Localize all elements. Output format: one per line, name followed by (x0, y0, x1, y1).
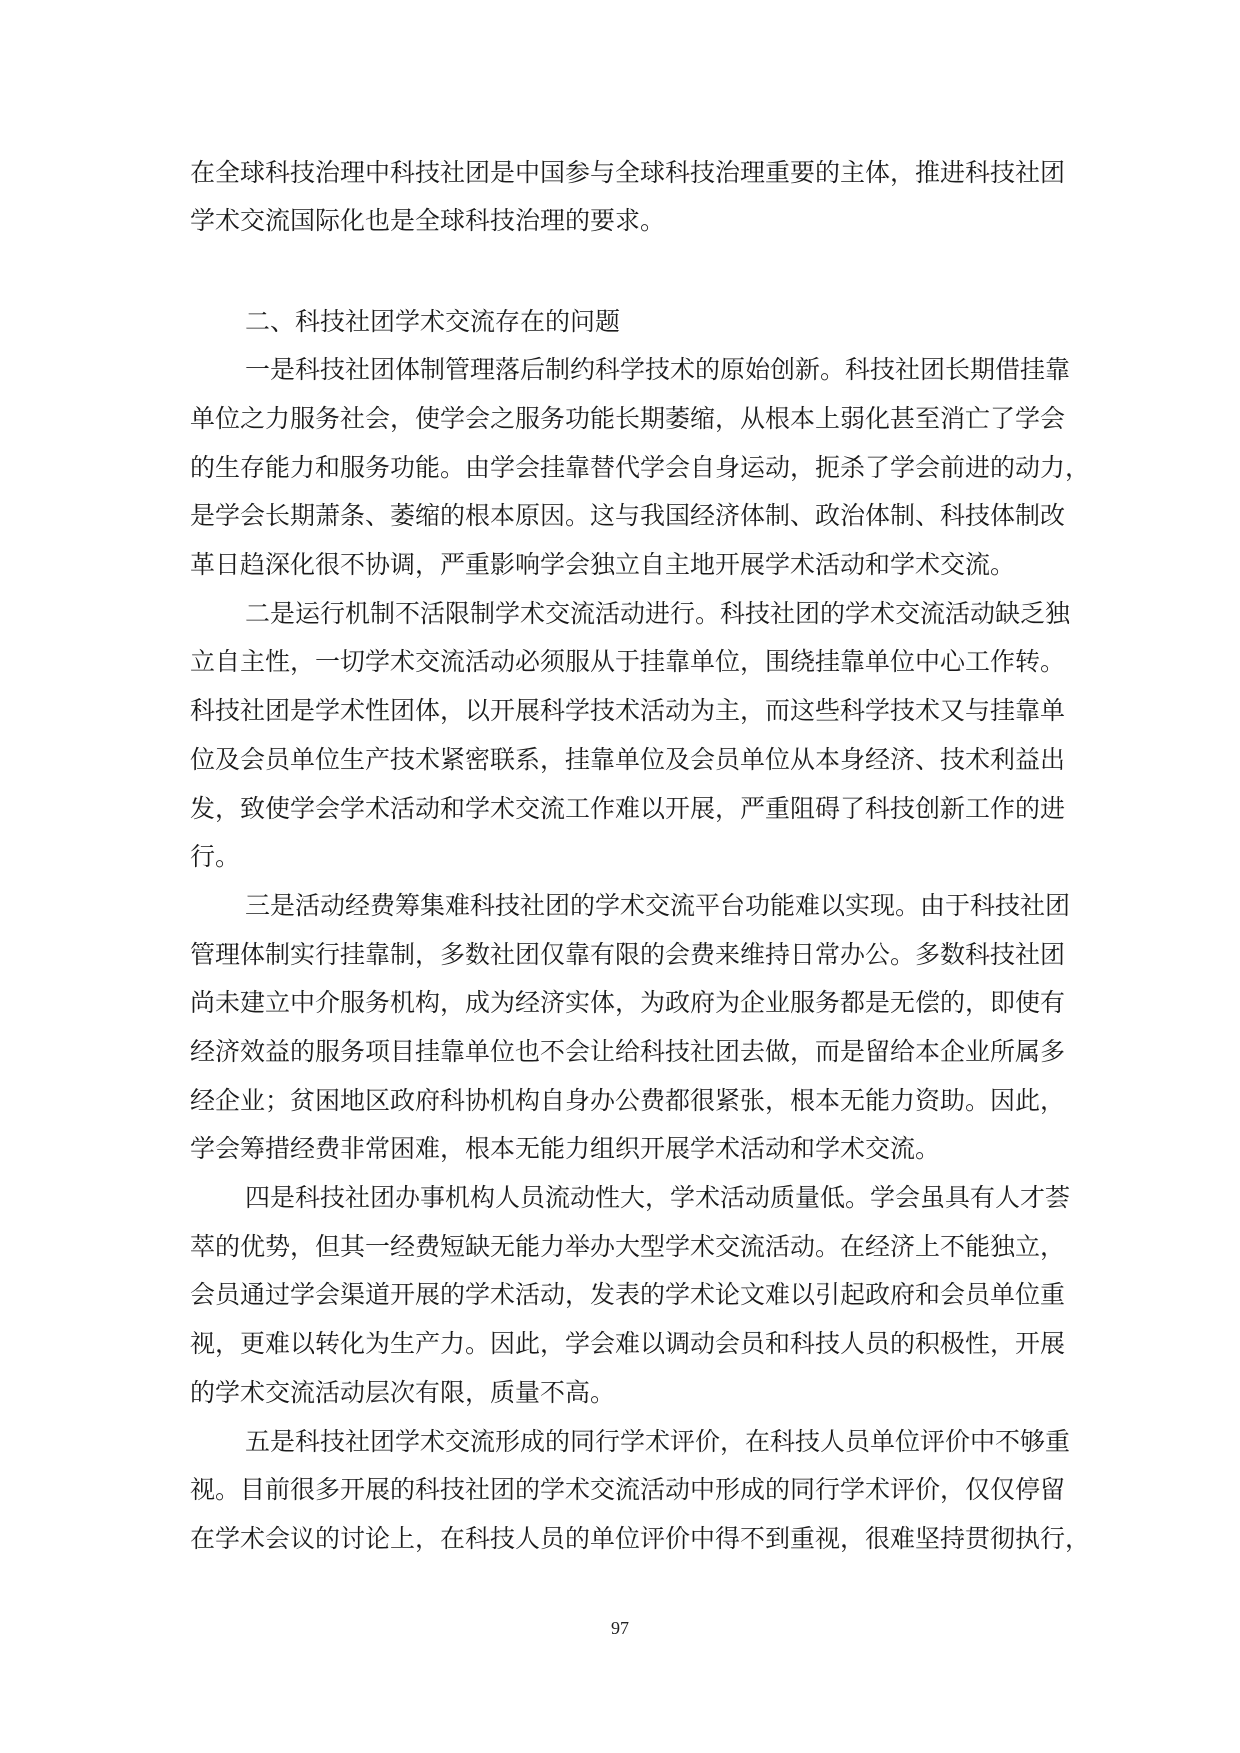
intro-line: 在全球科技治理中科技社团是中国参与全球科技治理重要的主体，推进科技社团 (190, 149, 1054, 197)
paragraph-1-line: 单位之力服务社会，使学会之服务功能长期萎缩，从根本上弱化甚至消亡了学会 (190, 395, 1054, 443)
paragraph-1-line: 的生存能力和服务功能。由学会挂靠替代学会自身运动，扼杀了学会前进的动力， (190, 444, 1054, 492)
paragraph-4-line: 视，更难以转化为生产力。因此，学会难以调动会员和科技人员的积极性，开展 (190, 1320, 1054, 1368)
paragraph-2-line: 位及会员单位生产技术紧密联系，挂靠单位及会员单位从本身经济、技术利益出 (190, 736, 1054, 784)
paragraph-3-line: 三是活动经费筹集难科技社团的学术交流平台功能难以实现。由于科技社团 (245, 882, 1054, 930)
paragraph-4-line: 萃的优势，但其一经费短缺无能力举办大型学术交流活动。在经济上不能独立， (190, 1223, 1054, 1271)
paragraph-2-line: 发，致使学会学术活动和学术交流工作难以开展，严重阻碍了科技创新工作的进 (190, 785, 1054, 833)
paragraph-4-line: 四是科技社团办事机构人员流动性大，学术活动质量低。学会虽具有人才荟 (245, 1174, 1054, 1222)
paragraph-3-line: 学会筹措经费非常困难，根本无能力组织开展学术活动和学术交流。 (190, 1125, 1054, 1173)
paragraph-3-line: 经企业；贫困地区政府科协机构自身办公费都很紧张，根本无能力资助。因此， (190, 1077, 1054, 1125)
paragraph-1-line: 一是科技社团体制管理落后制约科学技术的原始创新。科技社团长期借挂靠 (245, 346, 1054, 394)
paragraph-2-line: 科技社团是学术性团体，以开展科学技术活动为主，而这些科学技术又与挂靠单 (190, 687, 1054, 735)
paragraph-3-line: 管理体制实行挂靠制，多数社团仅靠有限的会费来维持日常办公。多数科技社团 (190, 931, 1054, 979)
paragraph-4-line: 的学术交流活动层次有限，质量不高。 (190, 1369, 1054, 1417)
paragraph-1-line: 是学会长期萧条、萎缩的根本原因。这与我国经济体制、政治体制、科技体制改 (190, 492, 1054, 540)
section-heading: 二、科技社团学术交流存在的问题 (245, 298, 620, 346)
paragraph-2-line: 二是运行机制不活限制学术交流活动进行。科技社团的学术交流活动缺乏独 (245, 590, 1054, 638)
paragraph-5-line: 五是科技社团学术交流形成的同行学术评价，在科技人员单位评价中不够重 (245, 1418, 1054, 1466)
page-number: 97 (580, 1618, 660, 1639)
document-page: 在全球科技治理中科技社团是中国参与全球科技治理重要的主体，推进科技社团 学术交流… (0, 0, 1240, 1753)
paragraph-3-line: 尚未建立中介服务机构，成为经济实体，为政府为企业服务都是无偿的，即使有 (190, 979, 1054, 1027)
paragraph-5-line: 在学术会议的讨论上，在科技人员的单位评价中得不到重视，很难坚持贯彻执行， (190, 1515, 1054, 1563)
intro-line: 学术交流国际化也是全球科技治理的要求。 (190, 197, 1054, 245)
paragraph-2-line: 行。 (190, 833, 1054, 881)
paragraph-5-line: 视。目前很多开展的科技社团的学术交流活动中形成的同行学术评价，仅仅停留 (190, 1466, 1054, 1514)
paragraph-1-line: 革日趋深化很不协调，严重影响学会独立自主地开展学术活动和学术交流。 (190, 541, 1054, 589)
paragraph-2-line: 立自主性，一切学术交流活动必须服从于挂靠单位，围绕挂靠单位中心工作转。 (190, 638, 1054, 686)
paragraph-4-line: 会员通过学会渠道开展的学术活动，发表的学术论文难以引起政府和会员单位重 (190, 1271, 1054, 1319)
paragraph-3-line: 经济效益的服务项目挂靠单位也不会让给科技社团去做，而是留给本企业所属多 (190, 1028, 1054, 1076)
